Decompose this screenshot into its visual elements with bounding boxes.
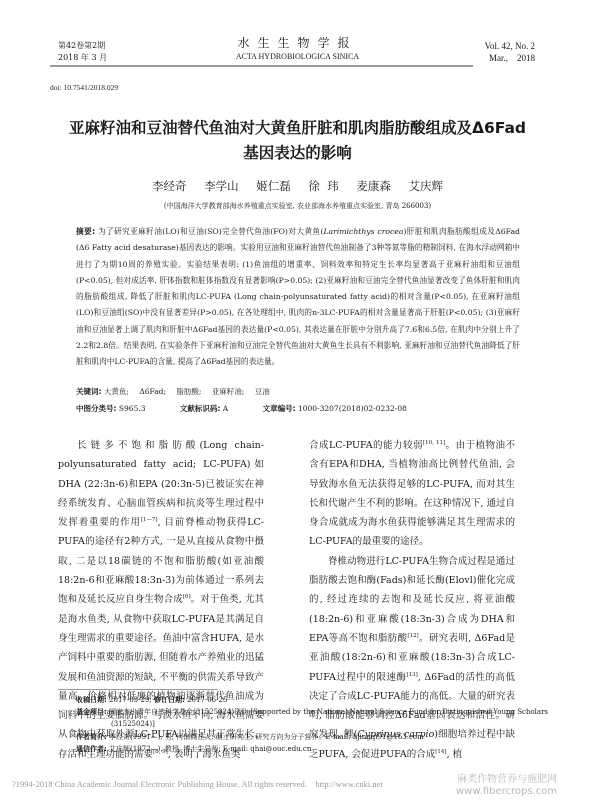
footnote-fund: 基金项目: 国家杰出青年自然科学基金(31525024)资助 [Supporte… bbox=[76, 706, 536, 718]
citation[interactable]: [6] bbox=[183, 594, 191, 600]
species-name: Larimichthys crocea bbox=[323, 227, 403, 236]
footnote-fund-cont: (31525024)] bbox=[76, 718, 536, 730]
paper-title: 亚麻籽油和豆油替代鱼油对大黄鱼肝脏和肌肉脂肪酸组成及Δ6Fad 基因表达的影响 bbox=[0, 116, 595, 166]
article-number: 文章编号: 1000-3207(2018)02-0232-08 bbox=[263, 403, 407, 414]
classification: 中图分类号: S965.3 文献标识码: A 文章编号: 1000-3207(2… bbox=[76, 403, 439, 414]
abstract-label: 摘要: bbox=[76, 227, 95, 236]
footnotes: 收稿日期: 2017-03-29; 修订日期: 2017-06-25 基金项目:… bbox=[76, 694, 536, 755]
author: 徐 玮 bbox=[308, 179, 338, 193]
keywords: 关键词: 大黄鱼; Δ6Fad; 脂肪酸; 亚麻籽油; 豆油 bbox=[76, 386, 270, 397]
keywords-label: 关键词: bbox=[76, 387, 102, 396]
citation[interactable]: [10, 11] bbox=[423, 440, 445, 446]
citation[interactable]: [12] bbox=[407, 633, 418, 639]
title-line-1: 亚麻籽油和豆油替代鱼油对大黄鱼肝脏和肌肉脂肪酸组成及Δ6Fad bbox=[0, 116, 595, 141]
header-right: Vol. 42, No. 2 Mar., 2018 bbox=[485, 40, 535, 64]
author: 李经奇 bbox=[152, 179, 187, 193]
author-list: 李经奇 李学山 姬仁磊 徐 玮 麦康森 艾庆辉 bbox=[0, 178, 595, 194]
abstract-text: )肝脏和肌肉脂肪酸组成及Δ6Fad (Δ6 Fatty acid desatur… bbox=[76, 227, 520, 366]
keyword: Δ6Fad; bbox=[139, 387, 166, 396]
header-rule bbox=[50, 65, 473, 67]
author: 李学山 bbox=[204, 179, 239, 193]
author: 麦康森 bbox=[356, 179, 391, 193]
paragraph: 合成LC-PUFA的能力较弱[10, 11]。由于植物油不含有EPA和DHA, … bbox=[309, 436, 515, 552]
abstract: 摘要: 为了研究亚麻籽油(LO)和豆油(SO)完全替代鱼油(FO)对大黄鱼(La… bbox=[76, 224, 520, 371]
date-en: Mar., 2018 bbox=[485, 52, 535, 64]
keyword: 大黄鱼; bbox=[104, 387, 129, 396]
citation[interactable]: [13] bbox=[406, 671, 417, 677]
keyword: 豆油 bbox=[255, 387, 270, 396]
citation[interactable]: [1—7] bbox=[141, 517, 158, 523]
keyword: 脂肪酸; bbox=[176, 387, 201, 396]
volume-issue-en: Vol. 42, No. 2 bbox=[485, 40, 535, 52]
affiliation: (中国海洋大学教育部海水养殖重点实验室, 农业部海水养殖重点实验室, 青岛 26… bbox=[0, 201, 595, 211]
footnote-rule bbox=[58, 689, 218, 690]
document-code: 文献标识码: A bbox=[180, 403, 228, 414]
abstract-text: 为了研究亚麻籽油(LO)和豆油(SO)完全替代鱼油(FO)对大黄鱼( bbox=[95, 227, 323, 236]
footnote-author-bio: 作者简介: 李经奇(1991—), 男, 河南商丘人; 硕士研究生; 研究方向为… bbox=[76, 731, 536, 743]
watermark: 麻类作物营养与施肥网 www.fibercrops.com bbox=[456, 774, 557, 798]
doi: doi: 10.7541/2018.029 bbox=[50, 83, 118, 92]
clc-number: 中图分类号: S965.3 bbox=[76, 403, 146, 414]
copyright-footer: ?1994-2018 China Academic Journal Electr… bbox=[12, 779, 383, 789]
keyword: 亚麻籽油; bbox=[212, 387, 245, 396]
author: 艾庆辉 bbox=[409, 179, 444, 193]
footnote-corresponding: 通信作者: 艾庆辉(1972—), 教授, 博士生导师; E-mail: qha… bbox=[76, 743, 536, 755]
title-line-2: 基因表达的影响 bbox=[0, 141, 595, 166]
footnote-received: 收稿日期: 2017-03-29; 修订日期: 2017-06-25 bbox=[76, 694, 536, 706]
author: 姬仁磊 bbox=[256, 179, 291, 193]
